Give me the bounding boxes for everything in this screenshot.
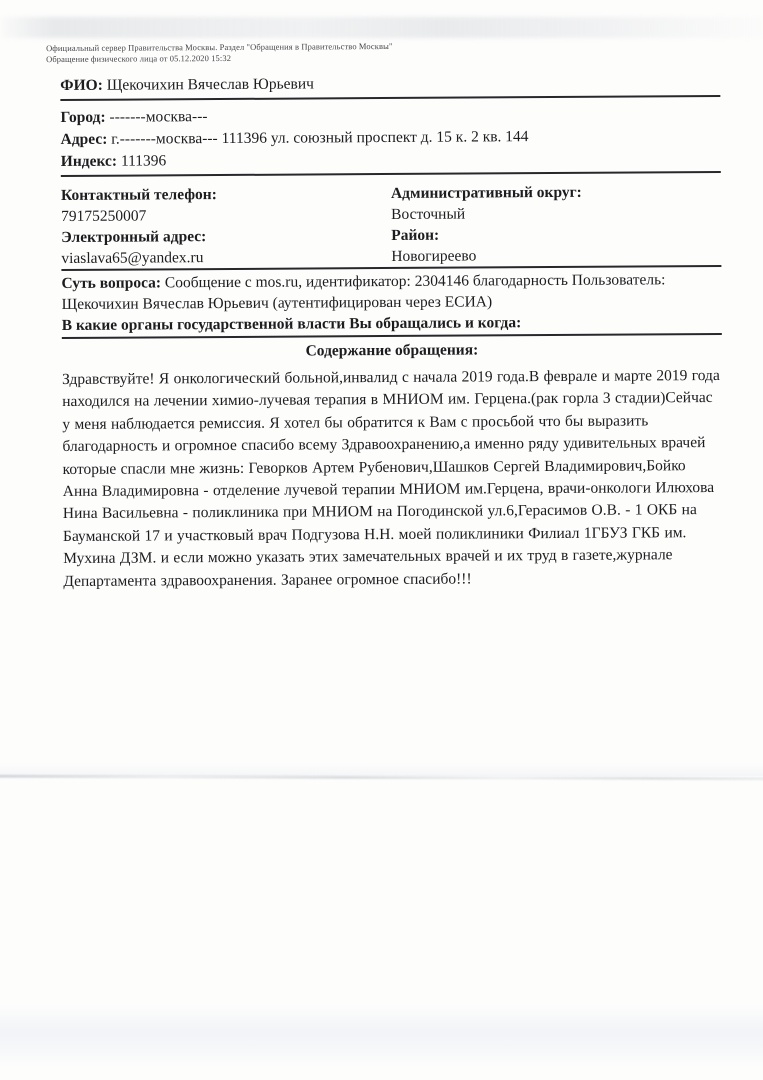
subject-paragraph: Суть вопроса: Сообщение с mos.ru, иденти… (61, 269, 721, 315)
contacts-right-column: Административный округ: Восточный Район:… (391, 181, 722, 267)
address-value: г.-------москва--- 111396 ул. союзный пр… (111, 128, 528, 148)
document-content: Официальный сервер Правительства Москвы.… (60, 36, 723, 609)
district-label: Район: (391, 223, 721, 246)
paper-crease-highlight (0, 763, 763, 776)
divider-line-1 (60, 95, 720, 101)
fio-label: ФИО: (60, 77, 103, 94)
email-label: Электронный адрес: (61, 225, 391, 248)
contacts-left-column: Контактный телефон: 79175250007 Электрон… (61, 183, 392, 269)
address-block: Город: -------москва--- Адрес: г.-------… (60, 103, 720, 173)
scan-bottom-tint (0, 1004, 763, 1068)
address-label: Адрес: (61, 131, 108, 148)
city-label: Город: (60, 109, 105, 126)
index-row: Индекс: 111396 (61, 147, 721, 173)
document-body-text: Здравствуйте! Я онкологический больной,и… (62, 365, 723, 593)
fio-value: Щекочихин Вячеслав Юрьевич (107, 75, 314, 93)
content-section-title: Содержание обращения: (62, 339, 722, 363)
scanned-document-page: Официальный сервер Правительства Москвы.… (0, 0, 763, 1080)
district-value: Новогиреево (391, 244, 721, 267)
city-value: -------москва--- (109, 108, 207, 126)
phone-label: Контактный телефон: (61, 183, 391, 206)
agencies-question: В какие органы государственной власти Вы… (62, 311, 722, 336)
phone-value: 79175250007 (61, 204, 391, 227)
scan-shadow-band (0, 17, 763, 38)
index-value: 111396 (121, 152, 166, 169)
document-source-header: Официальный сервер Правительства Москвы.… (46, 39, 720, 65)
contacts-block: Контактный телефон: 79175250007 Электрон… (61, 181, 722, 269)
subject-label: Суть вопроса: (61, 274, 161, 292)
index-label: Индекс: (61, 153, 117, 170)
fio-row: ФИО: Щекочихин Вячеслав Юрьевич (60, 73, 720, 95)
okrug-value: Восточный (391, 202, 721, 225)
okrug-label: Административный округ: (391, 181, 721, 204)
email-value: viaslava65@yandex.ru (61, 246, 391, 269)
